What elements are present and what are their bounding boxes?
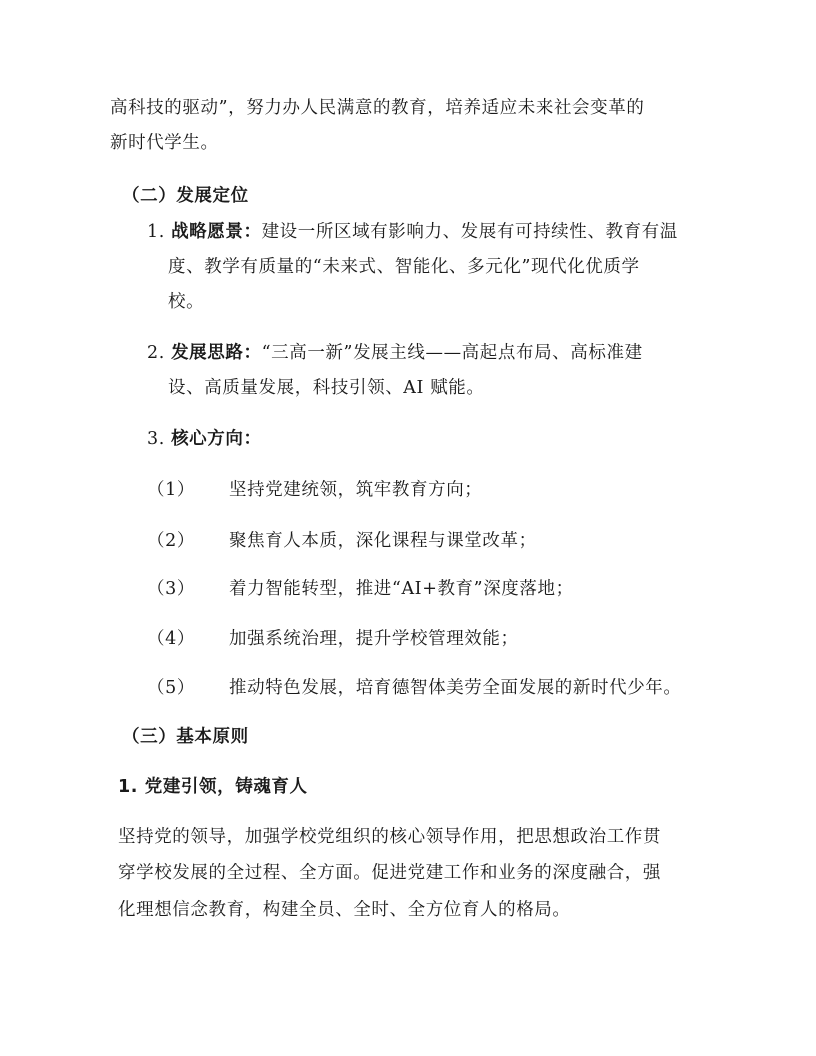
sub-list-text: 聚焦育人本质，深化课程与课堂改革； — [229, 531, 537, 551]
list-item-text: “三高一新”发展主线——高起点布局、高标准建 — [262, 343, 643, 363]
list-item-continuation: 校。 — [168, 291, 204, 313]
principle-title-party-leadership: 1. 党建引领，铸魂育人 — [118, 776, 308, 798]
sub-list-number: （4） — [147, 628, 229, 650]
list-item-strategic-vision: 1. 战略愿景：建设一所区域有影响力、发展有可持续性、教育有温 — [147, 221, 678, 243]
intro-line-2: 新时代学生。 — [110, 132, 219, 154]
section-heading-development-positioning: （二）发展定位 — [122, 185, 249, 207]
sub-list-text: 加强系统治理，提升学校管理效能； — [229, 629, 519, 649]
list-item-core-direction: 3. 核心方向： — [147, 428, 262, 450]
sub-list-item: （5）推动特色发展，培育德智体美劳全面发展的新时代少年。 — [147, 677, 682, 699]
list-item-title: 发展思路： — [171, 343, 262, 363]
list-number: 2. — [147, 342, 165, 364]
list-item-title: 核心方向： — [171, 429, 262, 449]
list-item-text: 建设一所区域有影响力、发展有可持续性、教育有温 — [262, 222, 678, 242]
list-number: 3. — [147, 428, 165, 450]
sub-list-number: （2） — [147, 530, 229, 552]
sub-list-item: （2）聚焦育人本质，深化课程与课堂改革； — [147, 530, 537, 552]
list-item-development-approach: 2. 发展思路：“三高一新”发展主线——高起点布局、高标准建 — [147, 342, 643, 364]
principle-body-line-3: 化理想信念教育，构建全员、全时、全方位育人的格局。 — [118, 899, 571, 921]
list-item-continuation: 度、教学有质量的“未来式、智能化、多元化”现代化优质学 — [168, 256, 640, 278]
sub-list-text: 着力智能转型，推进“AI+教育”深度落地； — [229, 579, 574, 599]
list-number: 1. — [147, 221, 165, 243]
principle-body-line-1: 坚持党的领导，加强学校党组织的核心领导作用，把思想政治工作贯 — [118, 826, 661, 848]
intro-line-1: 高科技的驱动”，努力办人民满意的教育，培养适应未来社会变革的 — [110, 97, 644, 119]
principle-body-line-2: 穿学校发展的全过程、全方面。促进党建工作和业务的深度融合，强 — [118, 862, 661, 884]
sub-list-item: （1）坚持党建统领，筑牢教育方向； — [147, 479, 482, 501]
sub-list-text: 推动特色发展，培育德智体美劳全面发展的新时代少年。 — [229, 678, 682, 698]
sub-list-number: （1） — [147, 479, 229, 501]
sub-list-text: 坚持党建统领，筑牢教育方向； — [229, 480, 482, 500]
list-item-title: 战略愿景： — [171, 222, 262, 242]
sub-list-item: （3）着力智能转型，推进“AI+教育”深度落地； — [147, 578, 574, 600]
sub-list-number: （5） — [147, 677, 229, 699]
sub-list-number: （3） — [147, 578, 229, 600]
list-item-continuation: 设、高质量发展，科技引领、AI 赋能。 — [168, 377, 485, 399]
section-heading-basic-principles: （三）基本原则 — [122, 726, 249, 748]
sub-list-item: （4）加强系统治理，提升学校管理效能； — [147, 628, 519, 650]
